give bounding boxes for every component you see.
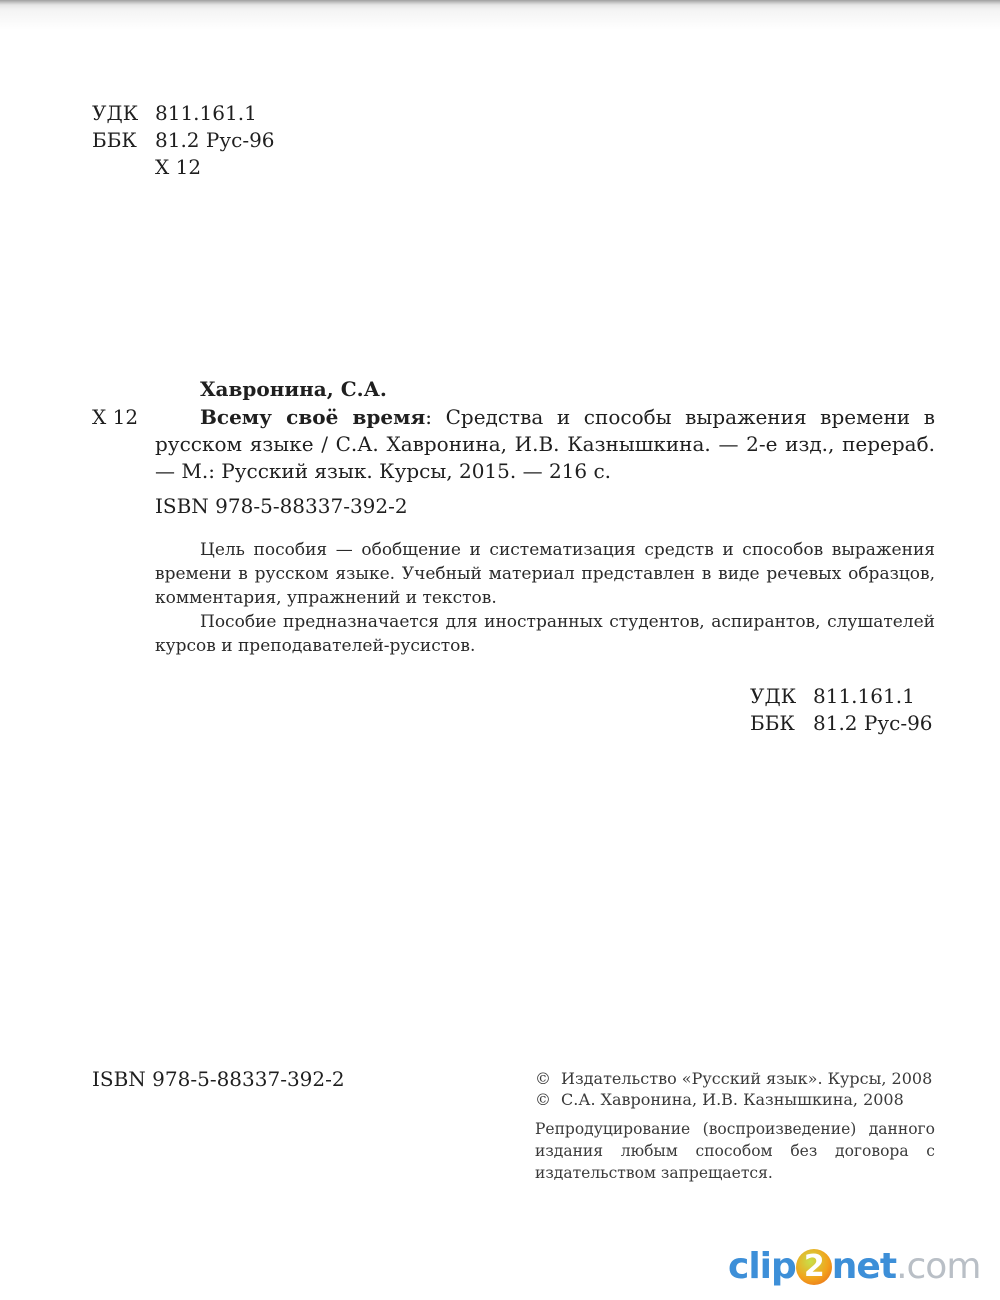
bibliographic-description: Всему своё время: Средства и способы выр… [155, 404, 935, 485]
book-title: Всему своё время [200, 405, 425, 429]
udk-value: 811.161.1 [155, 100, 257, 127]
copyright-block: ©Издательство «Русский язык». Курсы, 200… [535, 1068, 935, 1110]
copyright-publisher: Издательство «Русский язык». Курсы, 2008 [561, 1069, 932, 1088]
copyright-icon: © [535, 1089, 561, 1110]
watermark-text: clip [728, 1246, 796, 1287]
copyright-authors: С.А. Хавронина, И.В. Казнышкина, 2008 [561, 1090, 904, 1109]
isbn-main: ISBN 978-5-88337-392-2 [155, 493, 408, 520]
bbk-label: ББК [750, 710, 813, 737]
viewer-top-edge [0, 0, 1000, 30]
author-mark-side: Х 12 [92, 404, 138, 431]
annotation: Цель пособия — обобщение и систематизаци… [155, 538, 935, 658]
watermark-logo-icon: 2 [796, 1249, 832, 1285]
bbk-value: 81.2 Рус-96 [155, 127, 275, 154]
udk-value: 811.161.1 [813, 683, 915, 710]
isbn-bottom: ISBN 978-5-88337-392-2 [92, 1066, 345, 1093]
annotation-paragraph: Пособие предназначается для иностранных … [155, 610, 935, 658]
author-mark: Х 12 [155, 154, 201, 181]
copyright-icon: © [535, 1068, 561, 1089]
bbk-label: ББК [92, 127, 155, 154]
author-heading: Хавронина, С.А. [200, 376, 387, 403]
bbk-value: 81.2 Рус-96 [813, 710, 933, 737]
udk-label: УДК [750, 683, 813, 710]
classification-codes-top: УДК 811.161.1 ББК 81.2 Рус-96 Х 12 [92, 100, 275, 181]
udk-label: УДК [92, 100, 155, 127]
watermark-domain: .com [896, 1246, 980, 1287]
reproduction-notice: Репродуцирование (воспроизведение) данно… [535, 1118, 935, 1184]
clip2net-watermark: clip2net.com [728, 1246, 980, 1287]
watermark-text: net [832, 1246, 896, 1287]
annotation-paragraph: Цель пособия — обобщение и систематизаци… [155, 538, 935, 610]
classification-codes-bottom: УДК 811.161.1 ББК 81.2 Рус-96 [750, 683, 933, 737]
